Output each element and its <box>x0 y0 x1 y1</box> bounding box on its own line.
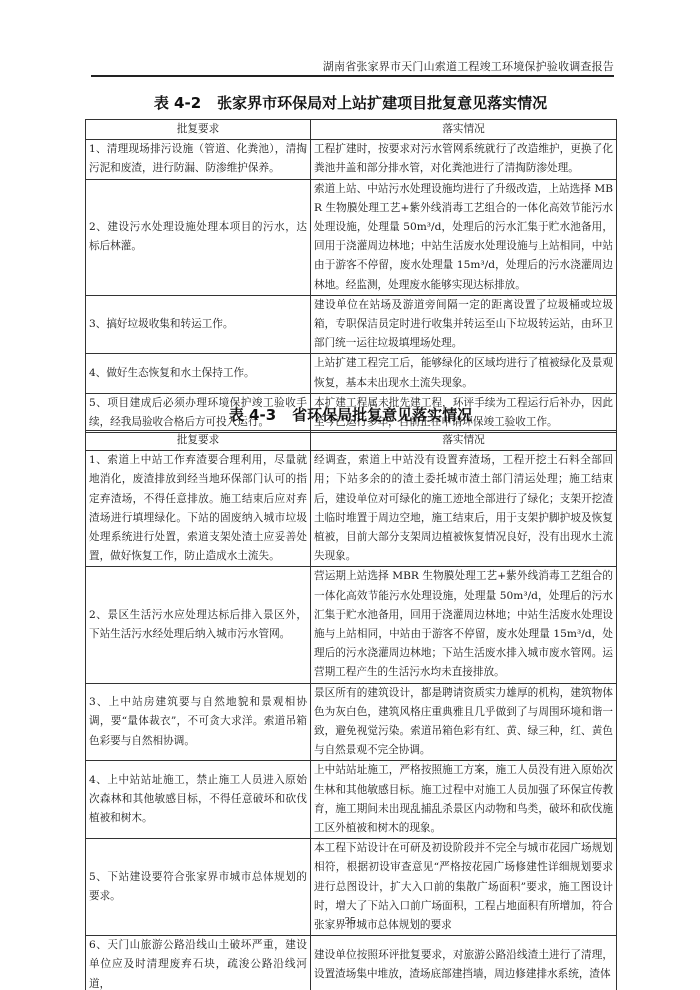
table-row: 1、索道上中站工作弃渣要合理利用，尽量就地消化，废渣排放到经当地环保部门认可的指… <box>86 451 617 567</box>
requirement-cell: 4、上中站站址施工，禁止施工人员进入原始次森林和其他敏感目标，不得任意破坏和砍伐… <box>86 761 311 839</box>
table-row: 2、景区生活污水应处理达标后排入景区外，下站生活污水经处理后纳入城市污水管网。 … <box>86 567 617 683</box>
requirement-cell: 3、上中站房建筑要与自然地貌和景观相协调，要“量体裁衣”，不可贪大求洋。索道吊箱… <box>86 683 311 761</box>
column-header-implementation: 落实情况 <box>311 431 617 451</box>
table-number: 表 4-2 <box>154 94 201 112</box>
header-rule <box>91 75 614 77</box>
column-header-requirement: 批复要求 <box>86 431 311 451</box>
table-row: 3、上中站房建筑要与自然地貌和景观相协调，要“量体裁衣”，不可贪大求洋。索道吊箱… <box>86 683 617 761</box>
table-4-3-title: 表 4-3省环保局批复意见落实情况 <box>85 404 616 425</box>
table-header-row: 批复要求 落实情况 <box>86 431 617 451</box>
implementation-cell: 经调查，索道上中站没有设置弃渣场，工程开挖土石料全部回用；下站多余的的渣土委托城… <box>311 451 617 567</box>
implementation-cell: 工程扩建时，按要求对污水管网系统就行了改造维护，更换了化粪池井盖和部分排水管，对… <box>311 140 617 179</box>
table-title-text: 省环保局批复意见落实情况 <box>292 406 472 424</box>
requirement-cell: 1、索道上中站工作弃渣要合理利用，尽量就地消化，废渣排放到经当地环保部门认可的指… <box>86 451 311 567</box>
page-number: 35 <box>0 915 700 927</box>
table-4-2-title: 表 4-2张家界市环保局对上站扩建项目批复意见落实情况 <box>85 92 616 113</box>
implementation-cell: 上中站站址施工，严格按照施工方案，施工人员没有进入原始次生林和其他敏感目标。施工… <box>311 761 617 839</box>
column-header-requirement: 批复要求 <box>86 120 311 140</box>
table-number: 表 4-3 <box>229 406 276 424</box>
table-row: 4、上中站站址施工，禁止施工人员进入原始次森林和其他敏感目标，不得任意破坏和砍伐… <box>86 761 617 839</box>
implementation-cell: 上站扩建工程完工后，能够绿化的区域均进行了植被绿化及景观恢复，基本未出现水土流失… <box>311 354 617 393</box>
requirement-cell: 3、搞好垃圾收集和转运工作。 <box>86 295 311 354</box>
table-header-row: 批复要求 落实情况 <box>86 120 617 140</box>
column-header-implementation: 落实情况 <box>311 120 617 140</box>
requirement-cell: 1、清理现场排污设施（管道、化粪池），清掏污泥和废渣，进行防漏、防渗维护保养。 <box>86 140 311 179</box>
requirement-cell: 2、建设污水处理设施处理本项目的污水，达标后林灌。 <box>86 179 311 295</box>
implementation-cell: 景区所有的建筑设计，都是聘请资质实力雄厚的机构，建筑物体色为灰白色，建筑风格庄重… <box>311 683 617 761</box>
table-row: 3、搞好垃圾收集和转运工作。 建设单位在站场及游道旁间隔一定的距离设置了垃圾桶或… <box>86 295 617 354</box>
requirement-cell: 4、做好生态恢复和水土保持工作。 <box>86 354 311 393</box>
table-row: 1、清理现场排污设施（管道、化粪池），清掏污泥和废渣，进行防漏、防渗维护保养。 … <box>86 140 617 179</box>
table-row: 6、天门山旅游公路沿线山土破坏严重，建设单位应及时清理废弃石块，疏浚公路沿线河道… <box>86 936 617 990</box>
requirement-cell: 2、景区生活污水应处理达标后排入景区外，下站生活污水经处理后纳入城市污水管网。 <box>86 567 311 683</box>
requirement-cell: 6、天门山旅游公路沿线山土破坏严重，建设单位应及时清理废弃石块，疏浚公路沿线河道… <box>86 936 311 990</box>
table-row: 2、建设污水处理设施处理本项目的污水，达标后林灌。 索道上站、中站污水处理设施均… <box>86 179 617 295</box>
table-row: 4、做好生态恢复和水土保持工作。 上站扩建工程完工后，能够绿化的区域均进行了植被… <box>86 354 617 393</box>
running-header: 湖南省张家界市天门山索道工程竣工环境保护验收调查报告 <box>91 58 614 74</box>
implementation-cell: 建设单位按照环评批复要求，对旅游公路沿线渣土进行了清理，设置渣场集中堆放，渣场底… <box>311 936 617 990</box>
table-4-3: 批复要求 落实情况 1、索道上中站工作弃渣要合理利用，尽量就地消化，废渣排放到经… <box>85 430 617 990</box>
implementation-cell: 索道上站、中站污水处理设施均进行了升级改造，上站选择 MBR 生物膜处理工艺+紫… <box>311 179 617 295</box>
implementation-cell: 建设单位在站场及游道旁间隔一定的距离设置了垃圾桶或垃圾箱，专职保洁员定时进行收集… <box>311 295 617 354</box>
implementation-cell: 营运期上站选择 MBR 生物膜处理工艺+紫外线消毒工艺组合的一体化高效节能污水处… <box>311 567 617 683</box>
table-title-text: 张家界市环保局对上站扩建项目批复意见落实情况 <box>217 94 547 112</box>
table-4-2: 批复要求 落实情况 1、清理现场排污设施（管道、化粪池），清掏污泥和废渣，进行防… <box>85 119 617 433</box>
